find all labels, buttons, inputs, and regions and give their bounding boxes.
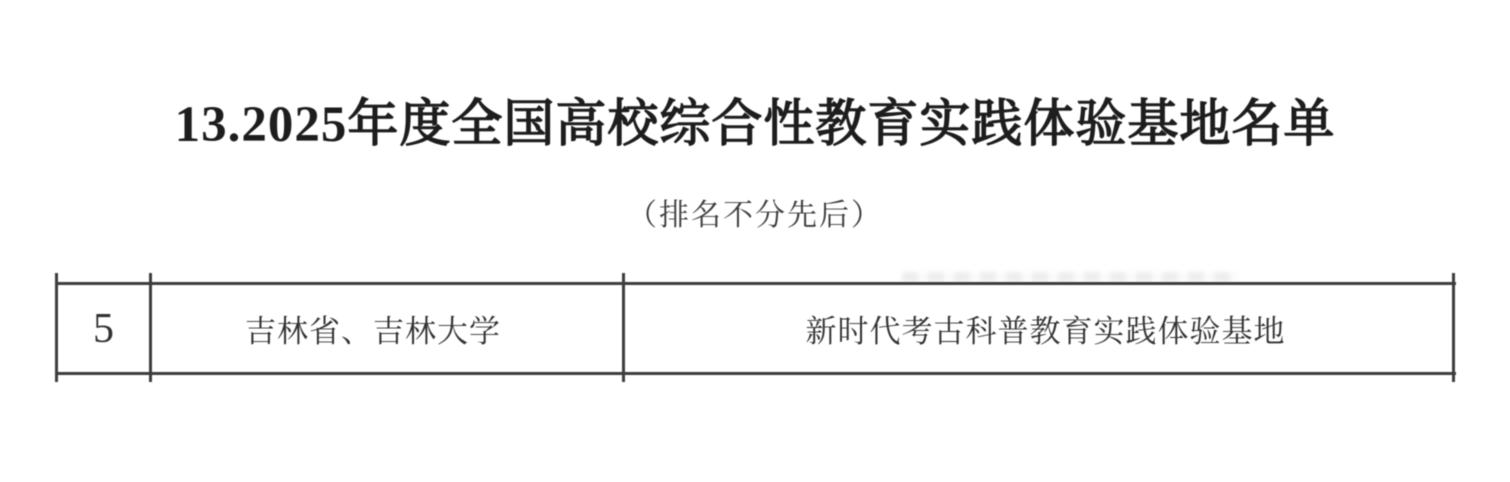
cropped-row-ghost-artifact [902, 272, 1238, 282]
table-column-line-right [1452, 273, 1455, 382]
base-name-text: 新时代考古科普教育实践体验基地 [806, 306, 1286, 351]
serial-number-text: 5 [93, 305, 114, 353]
scanned-document: 13.2025年度全国高校综合性教育实践体验基地名单 （排名不分先后） 5 吉林… [0, 0, 1510, 482]
cell-serial-number: 5 [58, 285, 149, 372]
document-page: 13.2025年度全国高校综合性教育实践体验基地名单 （排名不分先后） 5 吉林… [0, 0, 1510, 482]
cell-organization: 吉林省、吉林大学 [152, 285, 622, 372]
page-subtitle: （排名不分先后） [0, 197, 1510, 235]
cell-base-name: 新时代考古科普教育实践体验基地 [625, 285, 1452, 372]
table-border-bottom [56, 372, 1456, 375]
organization-text: 吉林省、吉林大学 [245, 306, 501, 351]
page-title: 13.2025年度全国高校综合性教育实践体验基地名单 [0, 96, 1510, 155]
